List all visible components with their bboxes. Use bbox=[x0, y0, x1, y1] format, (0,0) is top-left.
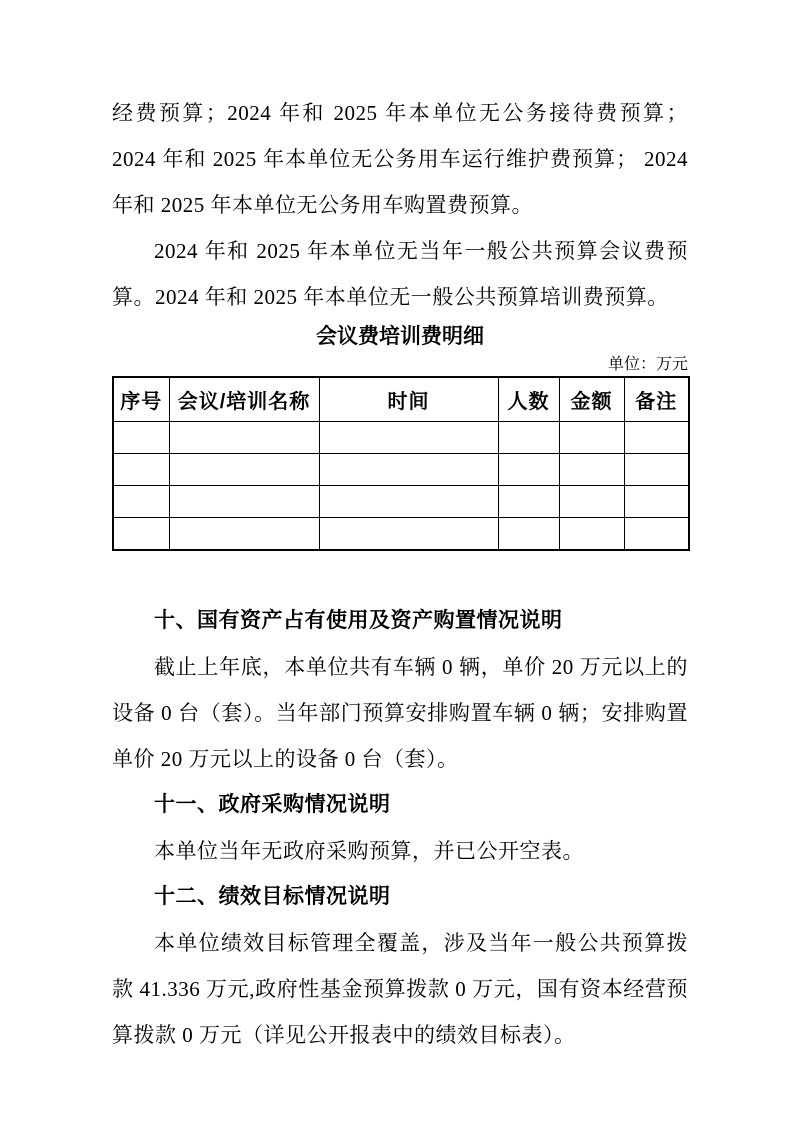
section-10-heading: 十、国有资产占有使用及资产购置情况说明 bbox=[112, 598, 688, 644]
table-cell bbox=[319, 486, 498, 518]
meeting-training-table-title: 会议费培训费明细 bbox=[112, 320, 688, 353]
table-cell bbox=[559, 518, 624, 551]
table-row bbox=[113, 422, 689, 454]
meeting-training-table: 序号 会议/培训名称 时间 人数 金额 备注 bbox=[112, 376, 690, 551]
column-header-headcount: 人数 bbox=[498, 377, 559, 422]
section-11-body: 本单位当年无政府采购预算，并已公开空表。 bbox=[112, 828, 688, 874]
table-row bbox=[113, 518, 689, 551]
table-cell bbox=[319, 454, 498, 486]
table-cell bbox=[113, 422, 169, 454]
column-header-amount: 金额 bbox=[559, 377, 624, 422]
paragraph-budget-carryover: 经费预算；2024 年和 2025 年本单位无公务接待费预算；2024 年和 2… bbox=[112, 90, 688, 228]
table-cell bbox=[624, 486, 689, 518]
paragraph-meeting-training: 2024 年和 2025 年本单位无当年一般公共预算会议费预算。2024 年和 … bbox=[112, 228, 688, 320]
column-header-time: 时间 bbox=[319, 377, 498, 422]
table-cell bbox=[624, 422, 689, 454]
section-10-body: 截止上年底，本单位共有车辆 0 辆，单价 20 万元以上的设备 0 台（套）。当… bbox=[112, 644, 688, 782]
table-cell bbox=[498, 486, 559, 518]
table-cell bbox=[559, 454, 624, 486]
table-unit-label: 单位：万元 bbox=[112, 353, 688, 376]
table-cell bbox=[498, 454, 559, 486]
table-cell bbox=[559, 422, 624, 454]
table-cell bbox=[559, 486, 624, 518]
section-12-body: 本单位绩效目标管理全覆盖，涉及当年一般公共预算拨款 41.336 万元,政府性基… bbox=[112, 920, 688, 1058]
table-cell bbox=[169, 486, 319, 518]
table-cell bbox=[113, 518, 169, 551]
table-row bbox=[113, 486, 689, 518]
column-header-remarks: 备注 bbox=[624, 377, 689, 422]
column-header-meeting-name: 会议/培训名称 bbox=[169, 377, 319, 422]
table-cell bbox=[169, 518, 319, 551]
table-cell bbox=[113, 454, 169, 486]
section-12-heading: 十二、绩效目标情况说明 bbox=[112, 874, 688, 920]
meeting-table-body bbox=[113, 422, 689, 551]
table-row bbox=[113, 454, 689, 486]
table-cell bbox=[169, 422, 319, 454]
table-cell bbox=[319, 422, 498, 454]
table-header-row: 序号 会议/培训名称 时间 人数 金额 备注 bbox=[113, 377, 689, 422]
table-cell bbox=[498, 422, 559, 454]
table-cell bbox=[498, 518, 559, 551]
table-cell bbox=[624, 518, 689, 551]
table-cell bbox=[624, 454, 689, 486]
table-cell bbox=[169, 454, 319, 486]
document-page: 经费预算；2024 年和 2025 年本单位无公务接待费预算；2024 年和 2… bbox=[0, 0, 793, 1122]
table-cell bbox=[319, 518, 498, 551]
column-header-index: 序号 bbox=[113, 377, 169, 422]
section-11-heading: 十一、政府采购情况说明 bbox=[112, 782, 688, 828]
table-cell bbox=[113, 486, 169, 518]
